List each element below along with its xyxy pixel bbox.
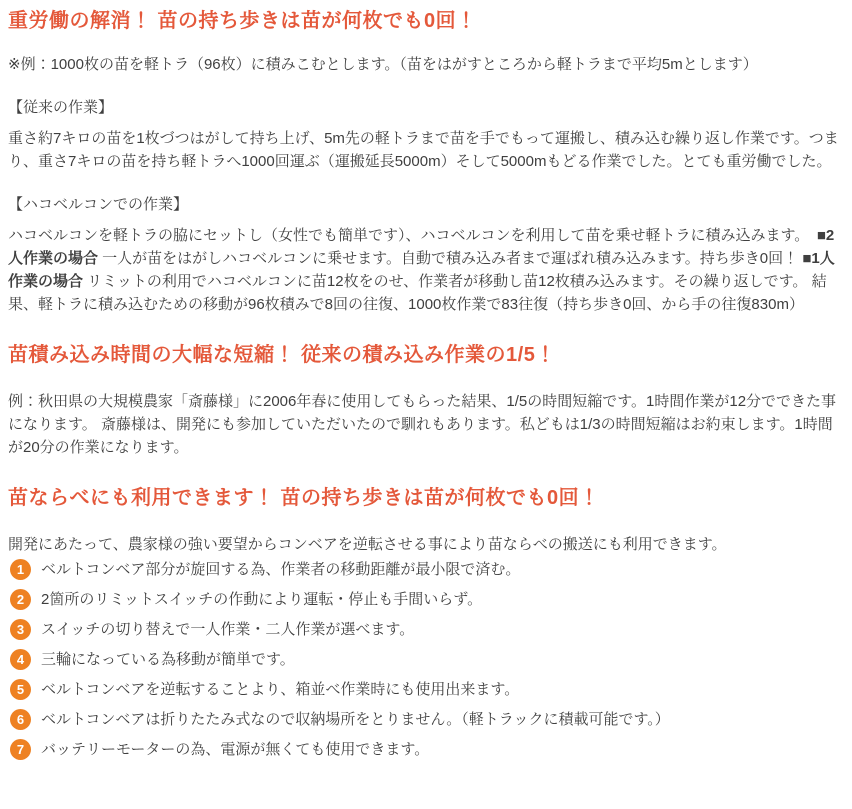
feature-number-badge: 6 <box>10 709 31 730</box>
feature-text: ベルトコンベアは折りたたみ式なので収納場所をとりません。（軽トラックに積載可能で… <box>41 708 670 731</box>
feature-text: ベルトコンベア部分が旋回する為、作業者の移動距離が最小限で済む。 <box>41 558 520 581</box>
feature-text: スイッチの切り替えで一人作業・二人作業が選べます。 <box>41 618 414 641</box>
paragraph-conventional-work: 重さ約7キロの苗を1枚づつはがして持ち上げ、5m先の軽トラまで苗を手でもって運搬… <box>8 127 842 173</box>
heading-nae-narabe: 苗ならべにも利用できます！ 苗の持ち歩きは苗が何枚でも0回！ <box>8 485 842 511</box>
feature-item: 5 ベルトコンベアを逆転することより、箱並べ作業時にも使用出来ます。 <box>8 678 842 701</box>
feature-number-badge: 2 <box>10 589 31 610</box>
feature-item: 7 バッテリーモーターの為、電源が無くても使用できます。 <box>8 738 842 761</box>
feature-number-badge: 7 <box>10 739 31 760</box>
main-heading-heavy-labor: 重労働の解消！ 苗の持ち歩きは苗が何枚でも0回！ <box>8 8 842 34</box>
feature-number-badge: 3 <box>10 619 31 640</box>
hacobelcon-segment-2: 一人が苗をはがしハコベルコンに乗せます。自動で積み込み者まで運ばれ積み込みます。… <box>98 250 802 267</box>
hacobelcon-segment-3: リミットの利用でハコベルコンに苗12枚をのせ、作業者が移動し苗12枚積み込みます… <box>8 273 827 313</box>
feature-number-badge: 1 <box>10 559 31 580</box>
hacobelcon-segment-1: ハコベルコンを軽トラの脇にセットし（女性でも簡単です）、ハコベルコンを利用して苗… <box>8 227 817 244</box>
heading-time-reduction: 苗積み込み時間の大幅な短縮！ 従来の積み込み作業の1/5！ <box>8 342 842 368</box>
section-title-hacobelcon-work: 【ハコベルコンでの作業】 <box>8 193 842 216</box>
paragraph-hacobelcon-work: ハコベルコンを軽トラの脇にセットし（女性でも簡単です）、ハコベルコンを利用して苗… <box>8 224 842 316</box>
feature-text: 2箇所のリミットスイッチの作動により運転・停止も手間いらず。 <box>41 588 482 611</box>
feature-list: 1 ベルトコンベア部分が旋回する為、作業者の移動距離が最小限で済む。 2 2箇所… <box>8 558 842 761</box>
feature-number-badge: 5 <box>10 679 31 700</box>
section-title-conventional-work: 【従来の作業】 <box>8 96 842 119</box>
example-note: ※例：1000枚の苗を軽トラ（96枚）に積みこむとします。（苗をはがすところから… <box>8 53 842 76</box>
feature-text: バッテリーモーターの為、電源が無くても使用できます。 <box>41 738 429 761</box>
feature-item: 1 ベルトコンベア部分が旋回する為、作業者の移動距離が最小限で済む。 <box>8 558 842 581</box>
paragraph-time-reduction: 例：秋田県の大規模農家「斎藤様」に2006年春に使用してもらった結果、1/5の時… <box>8 390 842 459</box>
paragraph-development: 開発にあたって、農家様の強い要望からコンベアを逆転させる事により苗ならべの搬送に… <box>8 533 842 556</box>
feature-item: 2 2箇所のリミットスイッチの作動により運転・停止も手間いらず。 <box>8 588 842 611</box>
feature-item: 4 三輪になっている為移動が簡単です。 <box>8 648 842 671</box>
feature-item: 6 ベルトコンベアは折りたたみ式なので収納場所をとりません。（軽トラックに積載可… <box>8 708 842 731</box>
article-content: 重労働の解消！ 苗の持ち歩きは苗が何枚でも0回！ ※例：1000枚の苗を軽トラ（… <box>0 0 852 809</box>
feature-item: 3 スイッチの切り替えで一人作業・二人作業が選べます。 <box>8 618 842 641</box>
feature-number-badge: 4 <box>10 649 31 670</box>
feature-text: ベルトコンベアを逆転することより、箱並べ作業時にも使用出来ます。 <box>41 678 519 701</box>
feature-text: 三輪になっている為移動が簡単です。 <box>41 648 295 671</box>
